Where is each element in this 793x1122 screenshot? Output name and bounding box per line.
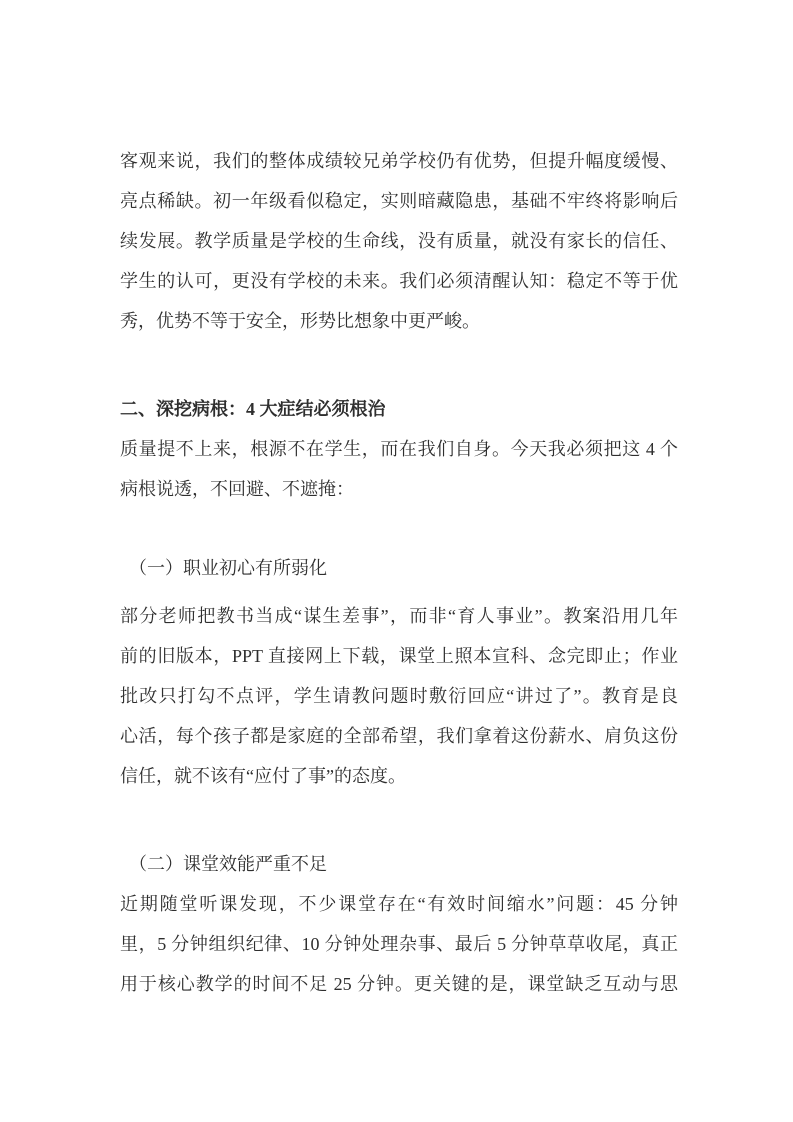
text-line: 前的旧版本，PPT 直接网上下载，课堂上照本宣科、念完即止；作业 — [120, 636, 678, 676]
text-line: 亮点稀缺。初一年级看似稳定，实则暗藏隐患，基础不牢终将影响后 — [120, 181, 678, 221]
text-line: 续发展。教学质量是学校的生命线，没有质量，就没有家长的信任、 — [120, 221, 678, 261]
subsection-2-heading: （二）课堂效能严重不足 — [120, 844, 687, 884]
text-line: 部分老师把教书当成“谋生差事”，而非“育人事业”。教案沿用几年 — [120, 596, 678, 636]
text-line: 批改只打勾不点评，学生请教问题时敷衍回应“讲过了”。教育是良 — [120, 676, 678, 716]
text-line: 客观来说，我们的整体成绩较兄弟学校仍有优势，但提升幅度缓慢、 — [120, 141, 678, 181]
paragraph-subsection-1: 部分老师把教书当成“谋生差事”，而非“育人事业”。教案沿用几年 前的旧版本，PP… — [120, 596, 678, 796]
text-line: 病根说透，不回避、不遮掩： — [120, 469, 678, 509]
text-line: 信任，就不该有“应付了事”的态度。 — [120, 756, 678, 796]
paragraph-overview: 质量提不上来，根源不在学生，而在我们自身。今天我必须把这 4 个 病根说透，不回… — [120, 429, 678, 509]
text-line: 里，5 分钟组织纪律、10 分钟处理杂事、最后 5 分钟草草收尾，真正 — [120, 924, 678, 964]
paragraph-intro: 客观来说，我们的整体成绩较兄弟学校仍有优势，但提升幅度缓慢、 亮点稀缺。初一年级… — [120, 141, 678, 341]
subsection-1-heading: （一）职业初心有所弱化 — [120, 548, 687, 588]
text-line: 学生的认可，更没有学校的未来。我们必须清醒认知：稳定不等于优 — [120, 261, 678, 301]
text-line: 心活，每个孩子都是家庭的全部希望，我们拿着这份薪水、肩负这份 — [120, 716, 678, 756]
text-line: 近期随堂听课发现，不少课堂存在“有效时间缩水”问题：45 分钟 — [120, 884, 678, 924]
section-heading: 二、深挖病根：4 大症结必须根治 — [120, 389, 678, 429]
paragraph-subsection-2: 近期随堂听课发现，不少课堂存在“有效时间缩水”问题：45 分钟 里，5 分钟组织… — [120, 884, 678, 1004]
document-page: 客观来说，我们的整体成绩较兄弟学校仍有优势，但提升幅度缓慢、 亮点稀缺。初一年级… — [0, 0, 793, 1122]
text-line: 用于核心教学的时间不足 25 分钟。更关键的是，课堂缺乏互动与思 — [120, 964, 678, 1004]
text-line: 质量提不上来，根源不在学生，而在我们自身。今天我必须把这 4 个 — [120, 429, 678, 469]
text-line: 秀，优势不等于安全，形势比想象中更严峻。 — [120, 301, 678, 341]
